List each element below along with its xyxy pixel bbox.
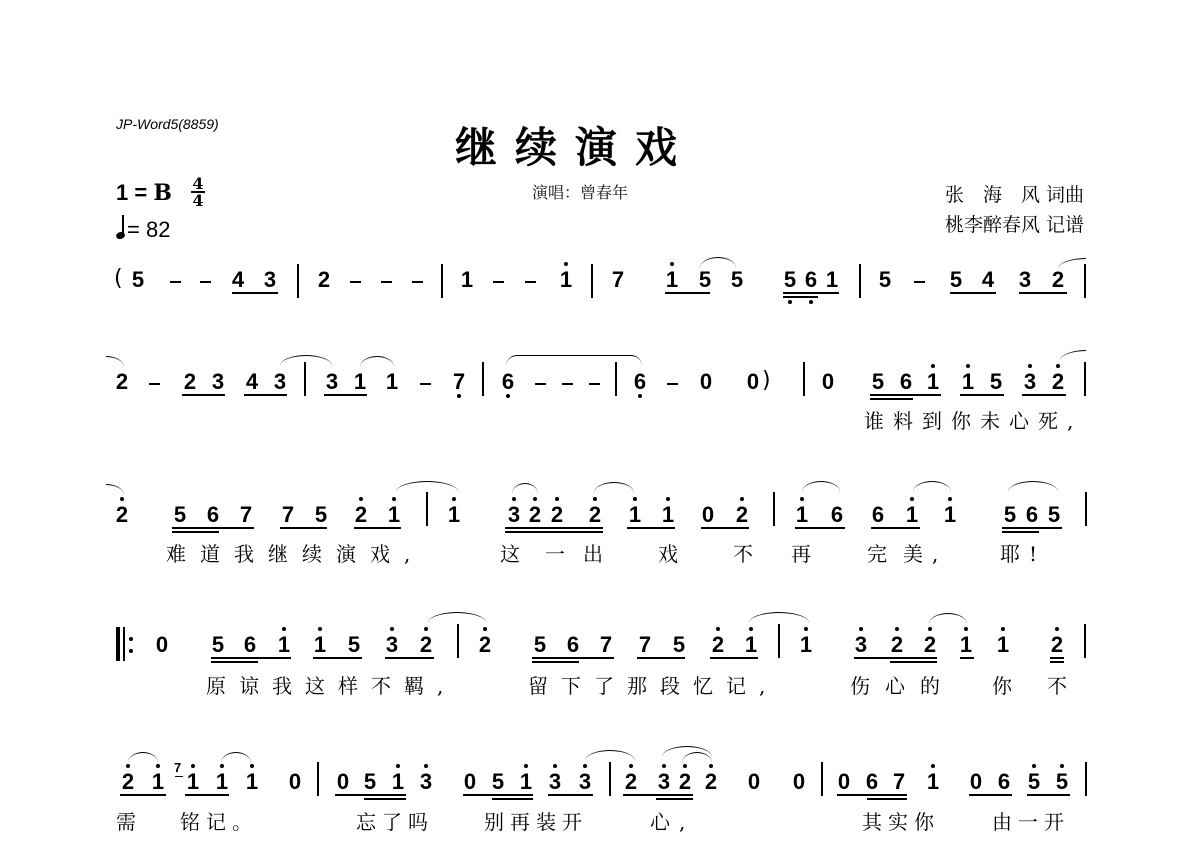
note: 4 <box>244 370 260 394</box>
note: 2 <box>1050 370 1066 394</box>
note: 6 <box>242 633 258 657</box>
note: 5 <box>1026 770 1042 794</box>
high-octave-dot <box>555 497 559 501</box>
note: 5 <box>130 268 146 292</box>
high-octave-dot <box>564 262 568 266</box>
lyric-syllable: 美, <box>903 538 947 567</box>
note: 1 <box>958 633 974 657</box>
tie-slur <box>221 752 251 763</box>
high-octave-dot <box>716 627 720 631</box>
note: 2 <box>1050 268 1066 292</box>
note: 3 <box>577 770 593 794</box>
note: 3 <box>656 770 672 794</box>
underline <box>637 657 685 659</box>
underline <box>1002 527 1062 529</box>
key-prefix: 1 = <box>116 180 153 205</box>
note: 3 <box>324 370 340 394</box>
note: 5 <box>1054 770 1070 794</box>
high-octave-dot <box>220 764 224 768</box>
lyric-syllable: 戏 <box>658 538 687 567</box>
time-sig-bottom: 4 <box>190 193 206 208</box>
high-octave-dot <box>633 497 637 501</box>
rest: 0 <box>836 770 852 794</box>
low-octave-dot <box>788 300 792 304</box>
high-octave-dot <box>120 497 124 501</box>
note: 6 <box>1024 503 1040 527</box>
note: 2 <box>477 633 493 657</box>
barline <box>317 762 319 796</box>
note: 1 <box>558 268 574 292</box>
barline <box>1084 362 1086 396</box>
underline <box>1022 394 1066 396</box>
note: 3 <box>210 370 226 394</box>
song-title: 继续演戏 <box>455 115 695 175</box>
high-octave-dot <box>670 262 674 266</box>
note: 5 <box>362 770 378 794</box>
rest: 0 <box>791 770 807 794</box>
lyrics-line: 别再装开 <box>484 806 588 835</box>
underline <box>969 794 1012 796</box>
rest: 0 <box>462 770 478 794</box>
barline <box>457 624 459 658</box>
lyrics-line: 伤心的 <box>850 670 955 699</box>
lyrics-line: 由一开 <box>992 806 1070 835</box>
note: 3 <box>506 503 522 527</box>
high-octave-dot <box>948 497 952 501</box>
lyric-syllable: 出 <box>583 538 612 567</box>
double-underline <box>211 661 258 663</box>
high-octave-dot <box>928 627 932 631</box>
note: 6 <box>205 503 221 527</box>
rest: 0 <box>698 370 714 394</box>
note: 1 <box>824 268 840 292</box>
barline <box>821 762 823 796</box>
note: 4 <box>230 268 246 292</box>
underline <box>280 527 327 529</box>
underline <box>232 292 278 294</box>
note: 1 <box>960 370 976 394</box>
tie-slur <box>396 481 458 492</box>
double-underline <box>505 531 603 533</box>
note: 2 <box>182 370 198 394</box>
note: 3 <box>384 633 400 657</box>
note: 1 <box>386 503 402 527</box>
note: 1 <box>627 503 643 527</box>
note: 6 <box>632 370 648 394</box>
note: 1 <box>214 770 230 794</box>
tempo-marking: = 82 <box>116 217 170 243</box>
tie-slur <box>280 355 332 366</box>
extension-dash <box>667 383 678 385</box>
note: 3 <box>1022 370 1038 394</box>
barline <box>803 362 805 396</box>
note: 6 <box>898 370 914 394</box>
note: 1 <box>312 633 328 657</box>
high-octave-dot <box>1001 627 1005 631</box>
note: 3 <box>1017 268 1033 292</box>
high-octave-dot <box>593 497 597 501</box>
extension-dash <box>170 281 181 283</box>
note: 1 <box>446 503 462 527</box>
note: 1 <box>942 503 958 527</box>
extension-dash <box>589 383 600 385</box>
rest: 0 <box>700 503 716 527</box>
note: 3 <box>547 770 563 794</box>
double-underline <box>1002 531 1039 533</box>
lyric-syllable: 这 <box>500 538 529 567</box>
double-underline <box>364 798 406 800</box>
double-underline <box>1050 661 1064 663</box>
high-octave-dot <box>804 627 808 631</box>
double-underline <box>656 798 693 800</box>
barline <box>591 264 593 298</box>
lyric-syllable: 再 <box>791 538 820 567</box>
underline <box>627 527 675 529</box>
extension-dash <box>420 383 431 385</box>
tie-slur <box>1008 481 1058 492</box>
high-octave-dot <box>483 627 487 631</box>
composer-credit: 张 海 风 词曲 <box>945 180 1084 207</box>
underline <box>505 527 603 529</box>
note: 2 <box>353 503 369 527</box>
tie-slur <box>506 355 642 366</box>
time-signature: 4 4 <box>190 176 206 208</box>
tie-slur <box>913 481 951 492</box>
software-signature: JP-Word5(8859) <box>116 116 219 132</box>
lyrics-line: 难道我继续演戏, <box>166 538 424 567</box>
barline <box>304 362 306 396</box>
extension-dash <box>914 281 925 283</box>
underline <box>532 657 614 659</box>
note: 1 <box>743 633 759 657</box>
double-underline <box>783 296 818 298</box>
note: 5 <box>729 268 745 292</box>
lyrics-line: 其实你 <box>862 806 940 835</box>
note: 2 <box>734 503 750 527</box>
note: 1 <box>995 633 1011 657</box>
high-octave-dot <box>156 764 160 768</box>
note: 5 <box>948 268 964 292</box>
underline <box>623 794 693 796</box>
repeat-start-thick-bar <box>116 627 120 661</box>
note: 5 <box>1002 503 1018 527</box>
note: 2 <box>114 370 130 394</box>
tie-slur <box>594 482 634 493</box>
tempo-value: = 82 <box>127 217 170 242</box>
note: 5 <box>697 268 713 292</box>
tie-slur <box>585 750 635 761</box>
note: 1 <box>244 770 260 794</box>
high-octave-dot <box>126 764 130 768</box>
note: 7 <box>598 633 614 657</box>
note: 1 <box>925 770 941 794</box>
high-octave-dot <box>452 497 456 501</box>
underline <box>182 394 225 396</box>
note: 5 <box>210 633 226 657</box>
barline <box>1084 624 1086 658</box>
note: 2 <box>710 633 726 657</box>
note: 6 <box>565 633 581 657</box>
note: 2 <box>527 503 543 527</box>
note: 5 <box>172 503 188 527</box>
high-octave-dot <box>396 764 400 768</box>
barline <box>441 264 443 298</box>
lyrics-line: 忘了吗 <box>356 806 434 835</box>
underline <box>870 394 941 396</box>
note: 7 <box>451 370 467 394</box>
underline <box>354 527 401 529</box>
note: 2 <box>703 770 719 794</box>
note: 1 <box>384 370 400 394</box>
note: 2 <box>120 770 136 794</box>
rest: 0 <box>287 770 303 794</box>
double-underline <box>532 661 579 663</box>
underline <box>1019 292 1067 294</box>
tie-slur <box>360 356 394 367</box>
note: 5 <box>532 633 548 657</box>
note: 1 <box>390 770 406 794</box>
note: 5 <box>988 370 1004 394</box>
double-underline <box>172 531 219 533</box>
high-octave-dot <box>392 497 396 501</box>
rest: 0 <box>335 770 351 794</box>
high-octave-dot <box>250 764 254 768</box>
note: 1 <box>904 503 920 527</box>
note: 1 <box>798 633 814 657</box>
note: 6 <box>829 503 845 527</box>
note: 7 <box>238 503 254 527</box>
note: 5 <box>870 370 886 394</box>
note: 1 <box>794 503 810 527</box>
high-octave-dot <box>895 627 899 631</box>
note: 1 <box>185 770 201 794</box>
note: 7 <box>637 633 653 657</box>
underline <box>385 657 434 659</box>
note: 2 <box>677 770 693 794</box>
singer-credit: 演唱：曾春年 <box>532 180 628 203</box>
tie-slur <box>428 612 486 623</box>
high-octave-dot <box>666 497 670 501</box>
note: 7 <box>891 770 907 794</box>
note: 7 <box>280 503 296 527</box>
extension-dash <box>525 281 536 283</box>
extension-dash <box>412 281 423 283</box>
note: 5 <box>877 268 893 292</box>
note: 5 <box>346 633 362 657</box>
barline <box>1085 762 1087 796</box>
high-octave-dot <box>1055 627 1059 631</box>
note: 6 <box>996 770 1012 794</box>
tie-slur <box>929 613 967 624</box>
lyric-syllable: 不 <box>1047 670 1076 699</box>
high-octave-dot <box>931 764 935 768</box>
underline <box>1027 794 1070 796</box>
underline <box>1050 657 1064 659</box>
low-octave-dot <box>506 394 510 398</box>
note: 6 <box>500 370 516 394</box>
extension-dash <box>535 383 546 385</box>
high-octave-dot <box>512 497 516 501</box>
underline <box>665 292 710 294</box>
extension-dash <box>350 281 361 283</box>
low-octave-dot <box>457 394 461 398</box>
double-underline <box>870 398 913 400</box>
tie-slur-continuation <box>106 356 124 367</box>
high-octave-dot <box>740 497 744 501</box>
underline <box>548 794 593 796</box>
extension-dash <box>200 281 211 283</box>
lyric-syllable: 不 <box>733 538 762 567</box>
time-sig-top: 4 <box>190 176 206 191</box>
high-octave-dot <box>800 497 804 501</box>
tie-slur <box>1058 258 1086 269</box>
high-octave-dot <box>583 764 587 768</box>
barline <box>609 762 611 796</box>
lyrics-line: 谁料到你未心死, <box>864 405 1082 434</box>
high-octave-dot <box>282 627 286 631</box>
high-octave-dot <box>359 497 363 501</box>
high-octave-dot <box>318 627 322 631</box>
note: 2 <box>1049 633 1065 657</box>
key-note: B <box>153 180 172 206</box>
transcriber-credit: 桃李醉春风 记谱 <box>945 210 1084 237</box>
note: 1 <box>459 268 475 292</box>
note: 3 <box>272 370 288 394</box>
underline <box>710 657 758 659</box>
note: 5 <box>1046 503 1062 527</box>
underline <box>211 657 291 659</box>
tie-slur-continuation <box>106 484 124 495</box>
high-octave-dot <box>709 764 713 768</box>
underline <box>871 527 920 529</box>
barline <box>773 492 775 526</box>
note: 2 <box>889 633 905 657</box>
double-underline <box>867 798 907 800</box>
high-octave-dot <box>662 764 666 768</box>
low-octave-dot <box>638 394 642 398</box>
high-octave-dot <box>524 764 528 768</box>
lyric-syllable: 一 <box>545 538 574 567</box>
grace-note-stroke <box>175 776 183 777</box>
rest: 0 <box>968 770 984 794</box>
note: 5 <box>490 770 506 794</box>
underline <box>854 657 937 659</box>
underline <box>313 657 362 659</box>
tie-slur <box>128 752 158 763</box>
repeat-start-thin-bar <box>123 627 125 661</box>
underline <box>324 394 367 396</box>
barline <box>426 492 428 526</box>
high-octave-dot <box>964 627 968 631</box>
note: 6 <box>803 268 819 292</box>
rest: 0 <box>745 370 761 394</box>
lyrics-line: 留下了那段忆记, <box>528 670 778 699</box>
underline <box>463 794 533 796</box>
open-paren: ( <box>114 266 123 291</box>
low-octave-dot <box>809 300 813 304</box>
extension-dash <box>562 383 573 385</box>
lyrics-line: 原谅我这样不羁, <box>206 670 456 699</box>
rest: 0 <box>154 633 170 657</box>
double-underline <box>492 798 533 800</box>
lyric-syllable: 心, <box>650 806 694 835</box>
note: 3 <box>853 633 869 657</box>
high-octave-dot <box>683 764 687 768</box>
high-octave-dot <box>424 764 428 768</box>
quarter-note-stem <box>122 215 124 235</box>
note: 1 <box>660 503 676 527</box>
note: 6 <box>864 770 880 794</box>
extension-dash <box>381 281 392 283</box>
lyric-syllable: 完 <box>867 538 896 567</box>
high-octave-dot <box>966 364 970 368</box>
underline <box>795 527 845 529</box>
note: 6 <box>870 503 886 527</box>
high-octave-dot <box>910 497 914 501</box>
high-octave-dot <box>390 627 394 631</box>
underline <box>120 794 166 796</box>
barline <box>615 362 617 396</box>
barline <box>1085 492 1087 526</box>
underline <box>185 794 229 796</box>
tie-slur <box>1060 350 1086 361</box>
repeat-dot <box>129 649 133 653</box>
note: 5 <box>313 503 329 527</box>
high-octave-dot <box>1056 364 1060 368</box>
barline <box>1084 264 1086 298</box>
note: 2 <box>623 770 639 794</box>
extension-dash <box>493 281 504 283</box>
note: 5 <box>782 268 798 292</box>
high-octave-dot <box>931 364 935 368</box>
key-signature: 1 = B <box>116 180 172 206</box>
high-octave-dot <box>859 627 863 631</box>
note: 2 <box>316 268 332 292</box>
high-octave-dot <box>1028 364 1032 368</box>
note: 2 <box>549 503 565 527</box>
high-octave-dot <box>1060 764 1064 768</box>
note: 1 <box>925 370 941 394</box>
underline <box>783 292 839 294</box>
underline <box>701 527 749 529</box>
underline <box>244 394 287 396</box>
underline <box>172 527 254 529</box>
tie-slur <box>749 612 809 623</box>
grace-note: 7 <box>174 760 181 775</box>
close-paren: ) <box>762 368 771 393</box>
underline <box>837 794 907 796</box>
note: 1 <box>150 770 166 794</box>
high-octave-dot <box>749 627 753 631</box>
underline <box>960 657 974 659</box>
note: 7 <box>610 268 626 292</box>
lyric-syllable: 耶! <box>1000 538 1046 567</box>
note: 4 <box>980 268 996 292</box>
note: 2 <box>418 633 434 657</box>
barline <box>859 264 861 298</box>
barline <box>778 624 780 658</box>
high-octave-dot <box>424 627 428 631</box>
barline <box>482 362 484 396</box>
tie-slur <box>512 483 538 494</box>
note: 1 <box>352 370 368 394</box>
high-octave-dot <box>629 764 633 768</box>
note: 5 <box>671 633 687 657</box>
note: 3 <box>262 268 278 292</box>
high-octave-dot <box>1032 764 1036 768</box>
high-octave-dot <box>553 764 557 768</box>
rest: 0 <box>746 770 762 794</box>
